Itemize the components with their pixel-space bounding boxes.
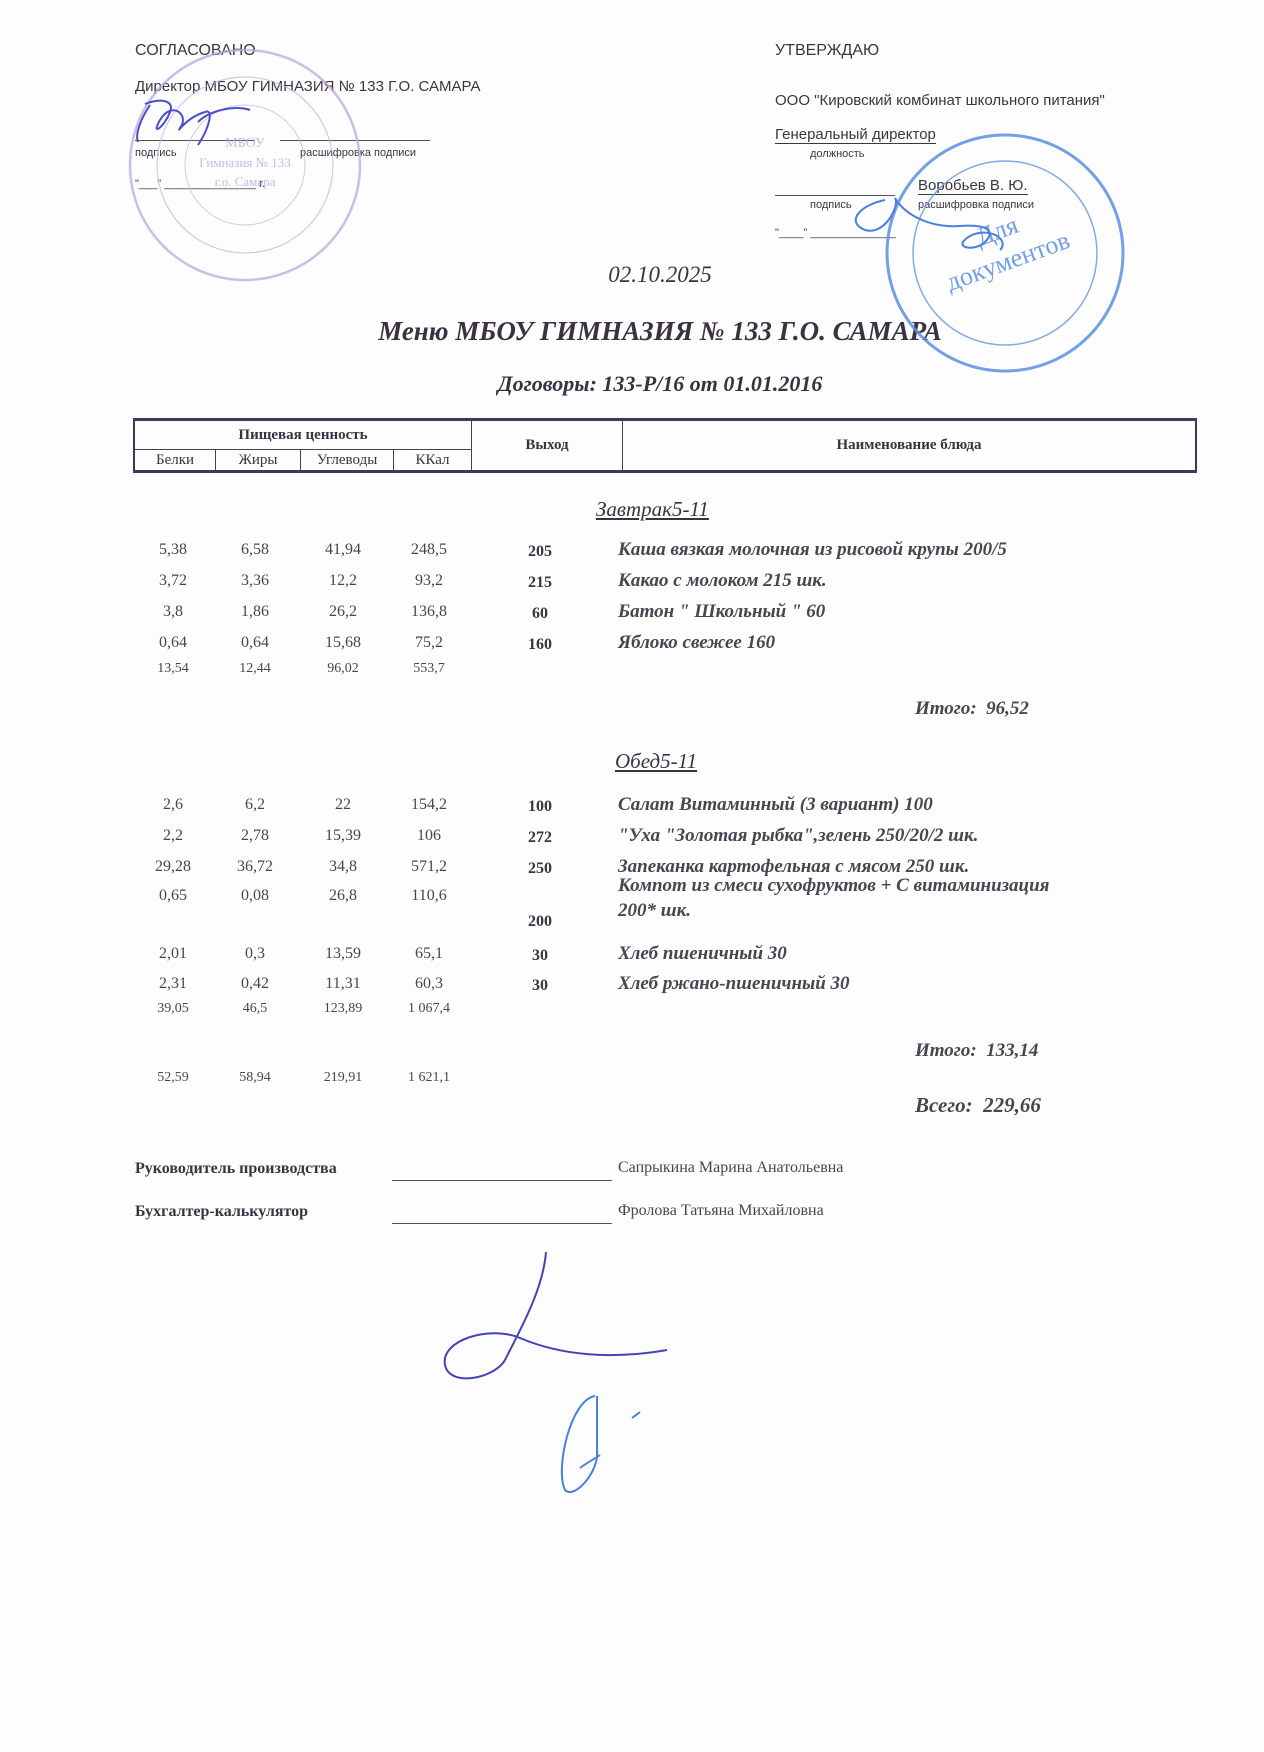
cell-yield: 60 [500, 605, 580, 623]
cell-protein: 29,28 [133, 858, 213, 876]
subtotal-protein: 39,05 [133, 1001, 213, 1017]
document-title: Меню МБОУ ГИМНАЗИЯ № 133 Г.О. САМАРА [0, 316, 1264, 347]
cell-carbs: 15,68 [303, 634, 383, 652]
breakfast-total-value: 96,52 [986, 698, 1029, 719]
cell-protein: 3,72 [133, 572, 213, 590]
cell-kcal: 571,2 [389, 858, 469, 876]
signature-line-production [392, 1180, 612, 1181]
signature-name-accountant: Фролова Татьяна Михайловна [618, 1202, 824, 1220]
cell-carbs: 26,2 [303, 603, 383, 621]
cell-fat: 2,78 [215, 827, 295, 845]
subtotal-kcal: 1 067,4 [389, 1001, 469, 1017]
cell-carbs: 26,8 [303, 887, 383, 905]
approval-right-heading: УТВЕРЖДАЮ [775, 42, 879, 60]
cell-protein: 3,8 [133, 603, 213, 621]
approval-right-signature-caption: подпись [810, 199, 852, 211]
dish-name: Каша вязкая молочная из рисовой крупы 20… [618, 539, 1007, 561]
cell-fat: 0,42 [215, 975, 295, 993]
approval-right-signer-name: Воробьев В. Ю. [918, 177, 1028, 195]
cell-carbs: 15,39 [303, 827, 383, 845]
signature-role-accountant: Бухгалтер-калькулятор [135, 1203, 308, 1221]
nutrition-group-header: Пищевая ценность [134, 420, 472, 450]
dish-name: Хлеб ржано-пшеничный 30 [618, 973, 850, 995]
cell-fat: 3,36 [215, 572, 295, 590]
approval-right-date-line: "____" ______________ [775, 227, 896, 239]
cell-yield: 30 [500, 977, 580, 995]
grand-kcal: 1 621,1 [389, 1070, 469, 1086]
cell-carbs: 22 [303, 796, 383, 814]
signature-role-production: Руководитель производства [135, 1160, 337, 1178]
approval-right-signature-line [775, 195, 895, 196]
breakfast-total-label: Итого: [915, 698, 977, 719]
subtotal-fat: 46,5 [215, 1001, 295, 1017]
dish-name: Компот из смеси сухофруктов + С витамини… [618, 875, 1049, 897]
cell-protein: 0,65 [133, 887, 213, 905]
cell-kcal: 248,5 [389, 541, 469, 559]
cell-carbs: 12,2 [303, 572, 383, 590]
grand-total: Всего: 229,66 [915, 1093, 1041, 1118]
approval-left-decipher-caption: расшифровка подписи [300, 147, 416, 159]
signature-bottom-2-icon [562, 1396, 640, 1492]
cell-carbs: 11,31 [303, 975, 383, 993]
cell-carbs: 41,94 [303, 541, 383, 559]
subtotal-carbs: 123,89 [303, 1001, 383, 1017]
approval-left-heading: СОГЛАСОВАНО [135, 42, 256, 60]
meal-heading-lunch: Обед5-11 [615, 749, 697, 774]
grand-total-value: 229,66 [983, 1093, 1041, 1117]
cell-yield: 160 [500, 636, 580, 654]
svg-text:МБОУ: МБОУ [225, 136, 265, 151]
approval-left-signature-line [135, 140, 255, 141]
signature-name-production: Сапрыкина Марина Анатольевна [618, 1159, 843, 1177]
lunch-total: Итого: 133,14 [915, 1040, 1038, 1062]
cell-kcal: 60,3 [389, 975, 469, 993]
menu-table-header: Пищевая ценность Выход Наименование блюд… [133, 418, 1197, 473]
cell-fat: 36,72 [215, 858, 295, 876]
cell-protein: 2,6 [133, 796, 213, 814]
lunch-total-label: Итого: [915, 1040, 977, 1061]
cell-yield: 215 [500, 574, 580, 592]
dish-name: Батон " Школьный " 60 [618, 601, 825, 623]
cell-yield: 272 [500, 829, 580, 847]
document-date: 02.10.2025 [0, 262, 1264, 288]
approval-left-signature-caption: подпись [135, 147, 177, 159]
cell-kcal: 93,2 [389, 572, 469, 590]
lunch-total-value: 133,14 [986, 1040, 1038, 1061]
cell-carbs: 34,8 [303, 858, 383, 876]
cell-yield: 30 [500, 947, 580, 965]
svg-text:Гимназия № 133: Гимназия № 133 [199, 155, 290, 170]
cell-kcal: 154,2 [389, 796, 469, 814]
cell-fat: 0,3 [215, 945, 295, 963]
cell-fat: 0,08 [215, 887, 295, 905]
dish-name: Салат Витаминный (3 вариант) 100 [618, 794, 933, 816]
fat-header: Жиры [216, 450, 301, 472]
cell-kcal: 65,1 [389, 945, 469, 963]
dish-name: Хлеб пшеничный 30 [618, 943, 787, 965]
cell-protein: 2,31 [133, 975, 213, 993]
grand-carbs: 219,91 [303, 1070, 383, 1086]
grand-total-label: Всего: [915, 1093, 973, 1117]
cell-fat: 6,2 [215, 796, 295, 814]
signature-left-icon [137, 101, 250, 145]
cell-protein: 0,64 [133, 634, 213, 652]
kcal-header: ККал [394, 450, 472, 472]
approval-left-date-line: "___" _______________ г. [135, 178, 265, 190]
breakfast-total: Итого: 96,52 [915, 698, 1029, 720]
cell-kcal: 106 [389, 827, 469, 845]
cell-yield: 100 [500, 798, 580, 816]
document-contract: Договоры: 133-Р/16 от 01.01.2016 [0, 371, 1264, 397]
cell-fat: 0,64 [215, 634, 295, 652]
dish-name: "Уха "Золотая рыбка",зелень 250/20/2 шк. [618, 825, 978, 847]
yield-header: Выход [472, 420, 623, 472]
subtotal-kcal: 553,7 [389, 661, 469, 677]
cell-protein: 5,38 [133, 541, 213, 559]
dish-name-header: Наименование блюда [623, 420, 1197, 472]
cell-fat: 6,58 [215, 541, 295, 559]
grand-fat: 58,94 [215, 1070, 295, 1086]
cell-carbs: 13,59 [303, 945, 383, 963]
dish-name: Какао с молоком 215 шк. [618, 570, 827, 592]
protein-header: Белки [134, 450, 216, 472]
cell-protein: 2,2 [133, 827, 213, 845]
approval-right-company: ООО "Кировский комбинат школьного питани… [775, 92, 1105, 109]
cell-kcal: 136,8 [389, 603, 469, 621]
meal-heading-breakfast: Завтрак5-11 [596, 497, 709, 522]
dish-name: Яблоко свежее 160 [618, 632, 775, 654]
carbs-header: Углеводы [301, 450, 394, 472]
signature-bottom-1-icon [445, 1252, 667, 1378]
cell-yield: 205 [500, 543, 580, 561]
subtotal-protein: 13,54 [133, 661, 213, 677]
cell-yield: 250 [500, 860, 580, 878]
svg-text:Для: Для [972, 210, 1022, 252]
cell-yield: 200 [500, 913, 580, 931]
approval-right-decipher-caption: расшифровка подписи [918, 199, 1034, 211]
cell-protein: 2,01 [133, 945, 213, 963]
approval-right-position-caption: должность [810, 148, 865, 160]
subtotal-carbs: 96,02 [303, 661, 383, 677]
cell-fat: 1,86 [215, 603, 295, 621]
subtotal-fat: 12,44 [215, 661, 295, 677]
signature-line-accountant [392, 1223, 612, 1224]
approval-left-position: Директор МБОУ ГИМНАЗИЯ № 133 Г.О. САМАРА [135, 78, 481, 95]
approval-left-decipher-line [280, 140, 430, 141]
grand-protein: 52,59 [133, 1070, 213, 1086]
cell-kcal: 110,6 [389, 887, 469, 905]
approval-right-position: Генеральный директор [775, 126, 936, 144]
cell-kcal: 75,2 [389, 634, 469, 652]
dish-name-line2: 200* шк. [618, 900, 691, 922]
